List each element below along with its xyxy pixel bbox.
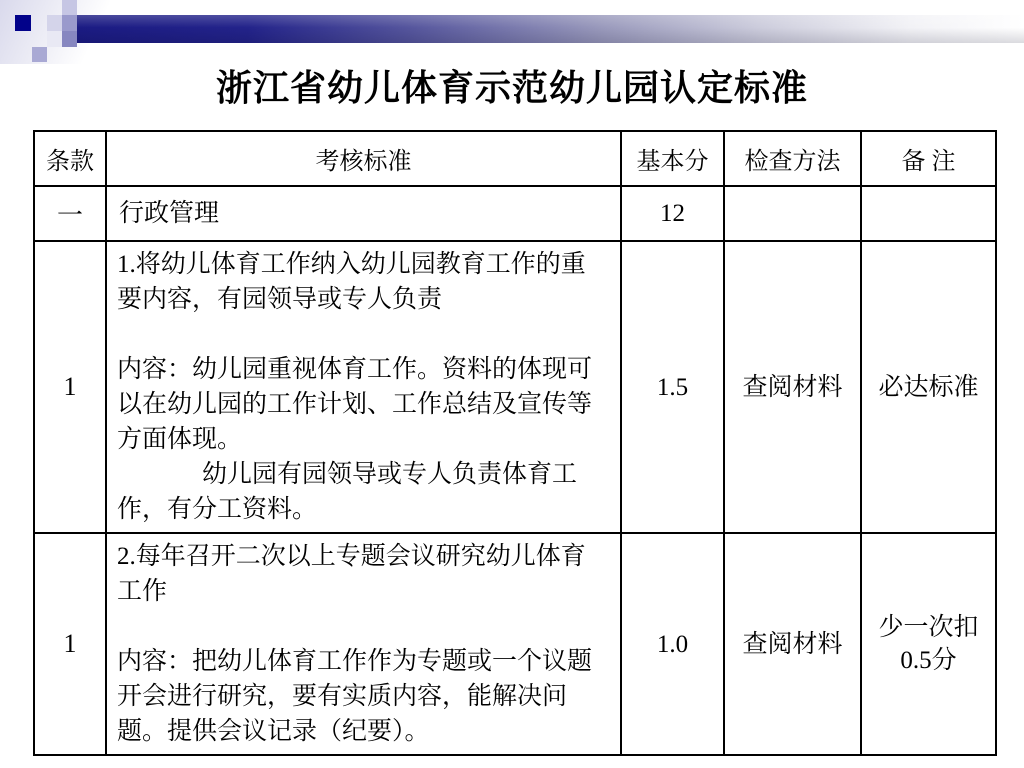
cell-method: 查阅材料 bbox=[724, 533, 861, 755]
cell-clause: 1 bbox=[34, 533, 106, 755]
cell-method bbox=[724, 186, 861, 241]
deco-square bbox=[62, 0, 77, 15]
standard-paragraph: 内容：把幼儿体育工作作为专题或一个议题开会进行研究，要有实质内容，能解决问题。提… bbox=[117, 644, 610, 749]
page-title: 浙江省幼儿体育示范幼儿园认定标准 bbox=[0, 60, 1024, 111]
standard-paragraph: 1.将幼儿体育工作纳入幼儿园教育工作的重要内容，有园领导或专人负责 bbox=[117, 247, 610, 317]
table-row: 1 2.每年召开二次以上专题会议研究幼儿体育工作 内容：把幼儿体育工作作为专题或… bbox=[34, 533, 996, 755]
table-row: 一 行政管理 12 bbox=[34, 186, 996, 241]
deco-square bbox=[15, 15, 31, 31]
standard-paragraph: 幼儿园有园领导或专人负责体育工作，有分工资料。 bbox=[117, 457, 610, 527]
cell-standard: 2.每年召开二次以上专题会议研究幼儿体育工作 内容：把幼儿体育工作作为专题或一个… bbox=[106, 533, 621, 755]
cell-note: 必达标准 bbox=[861, 241, 996, 533]
standard-paragraph: 内容：幼儿园重视体育工作。资料的体现可以在幼儿园的工作计划、工作总结及宣传等方面… bbox=[117, 352, 610, 457]
table-header-row: 条款 考核标准 基本分 检查方法 备 注 bbox=[34, 131, 996, 186]
col-header-score: 基本分 bbox=[621, 131, 724, 186]
deco-square bbox=[62, 31, 77, 47]
col-header-method: 检查方法 bbox=[724, 131, 861, 186]
table-row: 1 1.将幼儿体育工作纳入幼儿园教育工作的重要内容，有园领导或专人负责 内容：幼… bbox=[34, 241, 996, 533]
slide: 浙江省幼儿体育示范幼儿园认定标准 条款 考核标准 基本分 检查方法 备 注 一 … bbox=[0, 0, 1024, 768]
deco-square bbox=[47, 31, 62, 47]
cell-score: 1.5 bbox=[621, 241, 724, 533]
standard-paragraph: 2.每年召开二次以上专题会议研究幼儿体育工作 bbox=[117, 539, 610, 609]
standards-table: 条款 考核标准 基本分 检查方法 备 注 一 行政管理 12 1 1.将幼儿体育… bbox=[33, 130, 997, 756]
cell-clause: 1 bbox=[34, 241, 106, 533]
cell-note bbox=[861, 186, 996, 241]
cell-standard: 行政管理 bbox=[106, 186, 621, 241]
cell-standard: 1.将幼儿体育工作纳入幼儿园教育工作的重要内容，有园领导或专人负责 内容：幼儿园… bbox=[106, 241, 621, 533]
deco-square bbox=[47, 15, 62, 31]
cell-clause: 一 bbox=[34, 186, 106, 241]
banner-gradient-bar bbox=[77, 15, 1024, 43]
cell-method: 查阅材料 bbox=[724, 241, 861, 533]
col-header-standard: 考核标准 bbox=[106, 131, 621, 186]
col-header-note: 备 注 bbox=[861, 131, 996, 186]
col-header-clause: 条款 bbox=[34, 131, 106, 186]
cell-note: 少一次扣0.5分 bbox=[861, 533, 996, 755]
cell-score: 1.0 bbox=[621, 533, 724, 755]
deco-square bbox=[62, 15, 77, 31]
cell-score: 12 bbox=[621, 186, 724, 241]
